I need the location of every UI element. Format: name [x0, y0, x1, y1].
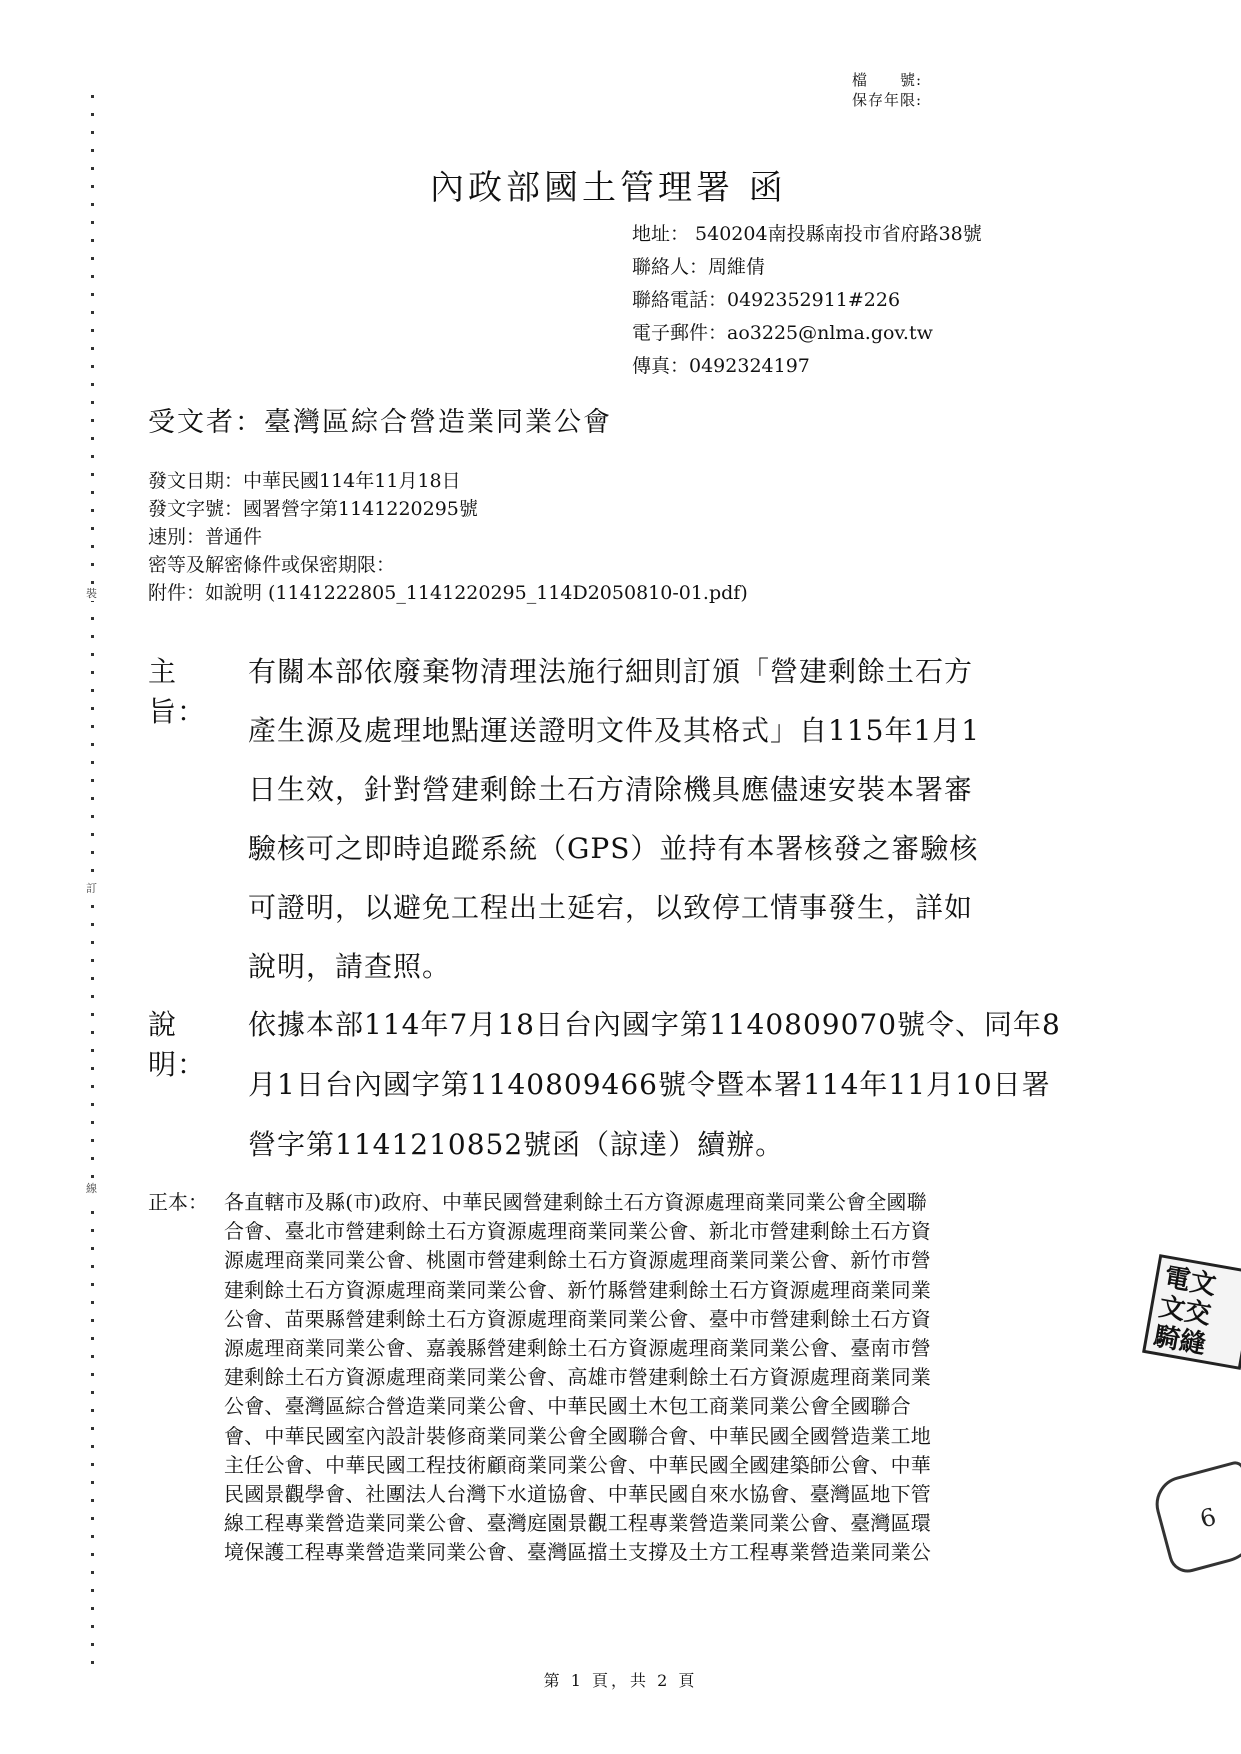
- copies-line: 合會、臺北市營建剩餘土石方資源處理商業同業公會、新北市營建剩餘土石方資: [224, 1217, 931, 1246]
- binding-dot: [91, 239, 94, 242]
- binding-dot: [91, 1481, 94, 1484]
- binding-dot: [91, 995, 94, 998]
- binding-dot: [91, 653, 94, 656]
- explanation-line: 依據本部114年7月18日台內國字第1140809070號令、同年8: [248, 1003, 1061, 1043]
- binding-dot: [91, 545, 94, 548]
- copies-line: 境保護工程專業營造業同業公會、臺灣區擋土支撐及土方工程專業營造業同業公: [224, 1538, 931, 1567]
- binding-dot: [91, 1553, 94, 1556]
- binding-dot: [91, 293, 94, 296]
- binding-dot: [91, 275, 94, 278]
- binding-mark: 裝: [86, 585, 97, 601]
- binding-dot: [91, 527, 94, 530]
- copies-line: 建剩餘土石方資源處理商業同業公會、新竹縣營建剩餘土石方資源處理商業同業: [224, 1276, 931, 1305]
- subject-line: 驗核可之即時追蹤系統（GPS）並持有本署核發之審驗核: [248, 827, 978, 867]
- binding-dot: [91, 149, 94, 152]
- subject-line: 可證明，以避免工程出土延宕，以致停工情事發生，詳如: [248, 886, 973, 926]
- binding-dot: [91, 1157, 94, 1160]
- binding-dot: [91, 815, 94, 818]
- binding-dot: [91, 1355, 94, 1358]
- contact-phone: 聯絡電話：0492352911#226: [632, 284, 982, 317]
- binding-dot: [91, 923, 94, 926]
- binding-dot: [91, 617, 94, 620]
- binding-dot: [91, 941, 94, 944]
- binding-dot: [91, 1121, 94, 1124]
- binding-mark: 線: [86, 1180, 97, 1196]
- binding-dot: [91, 455, 94, 458]
- file-number-label: 檔 號:: [852, 70, 922, 90]
- binding-dot: [91, 1067, 94, 1070]
- subject-label: 主旨：: [148, 650, 206, 730]
- binding-dot: [91, 707, 94, 710]
- binding-dot: [91, 761, 94, 764]
- binding-dot: [91, 1301, 94, 1304]
- copies-line: 源處理商業同業公會、嘉義縣營建剩餘土石方資源處理商業同業公會、臺南市營: [224, 1334, 931, 1363]
- page-seal-stamp: 6: [1149, 1459, 1241, 1577]
- binding-dot: [91, 977, 94, 980]
- binding-dot: [91, 581, 94, 584]
- binding-dot: [91, 1463, 94, 1466]
- address: 地址： 540204南投縣南投市省府路38號: [632, 218, 982, 251]
- explanation-line: 月1日台內國字第1140809466號令暨本署114年11月10日署: [248, 1063, 1051, 1103]
- binding-dot: [91, 743, 94, 746]
- retention-period-label: 保存年限:: [852, 90, 922, 110]
- binding-dot: [91, 311, 94, 314]
- subject-line: 產生源及處理地點運送證明文件及其格式」自115年1月1: [248, 709, 980, 749]
- binding-dot: [91, 203, 94, 206]
- copies-label: 正本：: [148, 1188, 208, 1217]
- binding-dot: [91, 365, 94, 368]
- binding-dot: [91, 635, 94, 638]
- binding-margin: 裝訂線: [86, 95, 100, 1665]
- binding-dot: [91, 563, 94, 566]
- binding-dot: [91, 1445, 94, 1448]
- copies-line: 民國景觀學會、社團法人台灣下水道協會、中華民國自來水協會、臺灣區地下管: [224, 1480, 931, 1509]
- binding-dot: [91, 1607, 94, 1610]
- binding-dot: [91, 1661, 94, 1664]
- copies-line: 主任公會、中華民國工程技術顧商業同業公會、中華民國全國建築師公會、中華: [224, 1451, 931, 1480]
- binding-dot: [91, 95, 94, 98]
- binding-dot: [91, 1049, 94, 1052]
- subject-line: 有關本部依廢棄物清理法施行細則訂頒「營建剩餘土石方: [248, 650, 973, 690]
- contact-block: 地址： 540204南投縣南投市省府路38號 聯絡人：周維倩 聯絡電話：0492…: [632, 218, 982, 383]
- binding-dot: [91, 1175, 94, 1178]
- binding-dot: [91, 221, 94, 224]
- binding-dot: [91, 725, 94, 728]
- binding-dot: [91, 419, 94, 422]
- document-meta: 發文日期：中華民國114年11月18日 發文字號：國署營字第1141220295…: [148, 467, 748, 607]
- page-number: 第 1 頁，共 2 頁: [0, 1668, 1241, 1691]
- subject-line: 說明，請查照。: [248, 945, 451, 985]
- binding-dot: [91, 689, 94, 692]
- binding-dot: [91, 833, 94, 836]
- binding-dot: [91, 1517, 94, 1520]
- binding-dot: [91, 797, 94, 800]
- binding-dot: [91, 1031, 94, 1034]
- binding-dot: [91, 1229, 94, 1232]
- copies-line: 公會、苗栗縣營建剩餘土石方資源處理商業同業公會、臺中市營建剩餘土石方資: [224, 1305, 931, 1334]
- binding-dot: [91, 1085, 94, 1088]
- binding-dot: [91, 1571, 94, 1574]
- binding-dot: [91, 1589, 94, 1592]
- binding-mark: 訂: [86, 880, 97, 896]
- archive-info: 檔 號: 保存年限:: [852, 70, 922, 110]
- electronic-document-seal-stamp: 電文文交騎縫: [1142, 1254, 1241, 1370]
- copies-line: 建剩餘土石方資源處理商業同業公會、高雄市營建剩餘土石方資源處理商業同業: [224, 1363, 931, 1392]
- copies-line: 源處理商業同業公會、桃園市營建剩餘土石方資源處理商業同業公會、新竹市營: [224, 1246, 931, 1275]
- binding-dot: [91, 1373, 94, 1376]
- binding-dot: [91, 113, 94, 116]
- binding-dot: [91, 491, 94, 494]
- binding-dot: [91, 1265, 94, 1268]
- binding-dot: [91, 383, 94, 386]
- copies-line: 線工程專業營造業同業公會、臺灣庭園景觀工程專業營造業同業公會、臺灣區環: [224, 1509, 931, 1538]
- binding-dot: [91, 905, 94, 908]
- binding-dot: [91, 1013, 94, 1016]
- binding-dot: [91, 1643, 94, 1646]
- binding-dot: [91, 167, 94, 170]
- binding-dot: [91, 131, 94, 134]
- binding-dot: [91, 851, 94, 854]
- binding-dot: [91, 257, 94, 260]
- binding-dot: [91, 1427, 94, 1430]
- binding-dot: [91, 1319, 94, 1322]
- document-title: 內政部國土管理署 函: [430, 160, 787, 209]
- binding-dot: [91, 1391, 94, 1394]
- binding-dot: [91, 185, 94, 188]
- binding-dot: [91, 1283, 94, 1286]
- binding-dot: [91, 671, 94, 674]
- binding-dot: [91, 1337, 94, 1340]
- contact-email: 電子郵件：ao3225@nlma.gov.tw: [632, 317, 982, 350]
- binding-dot: [91, 1409, 94, 1412]
- recipient: 受文者：臺灣區綜合營造業同業公會: [148, 400, 612, 439]
- binding-dot: [91, 473, 94, 476]
- binding-dot: [91, 779, 94, 782]
- copies-line: 各直轄市及縣(市)政府、中華民國營建剩餘土石方資源處理商業同業公會全國聯: [224, 1188, 927, 1217]
- binding-dot: [91, 1535, 94, 1538]
- binding-dot: [91, 509, 94, 512]
- binding-dot: [91, 347, 94, 350]
- binding-dot: [91, 1247, 94, 1250]
- attachment: 附件：如說明 (1141222805_1141220295_114D205081…: [148, 579, 748, 607]
- explanation-line: 營字第1141210852號函（諒達）續辦。: [248, 1123, 784, 1163]
- copies-line: 會、中華民國室內設計裝修商業同業公會全國聯合會、中華民國全國營造業工地: [224, 1422, 931, 1451]
- confidentiality: 密等及解密條件或保密期限：: [148, 551, 748, 579]
- binding-dot: [91, 1625, 94, 1628]
- binding-dot: [91, 329, 94, 332]
- speed-class: 速別：普通件: [148, 523, 748, 551]
- issue-date: 發文日期：中華民國114年11月18日: [148, 467, 748, 495]
- binding-dot: [91, 1139, 94, 1142]
- contact-person: 聯絡人：周維倩: [632, 251, 982, 284]
- binding-dot: [91, 1103, 94, 1106]
- binding-dot: [91, 1499, 94, 1502]
- copies-line: 公會、臺灣區綜合營造業同業公會、中華民國土木包工商業同業公會全國聯合: [224, 1392, 911, 1421]
- document-number: 發文字號：國署營字第1141220295號: [148, 495, 748, 523]
- binding-dot: [91, 869, 94, 872]
- binding-dot: [91, 437, 94, 440]
- binding-dot: [91, 1211, 94, 1214]
- contact-fax: 傳真：0492324197: [632, 350, 982, 383]
- subject-line: 日生效，針對營建剩餘土石方清除機具應儘速安裝本署審: [248, 768, 973, 808]
- binding-dot: [91, 959, 94, 962]
- binding-dot: [91, 401, 94, 404]
- explanation-label: 說明：: [148, 1003, 206, 1083]
